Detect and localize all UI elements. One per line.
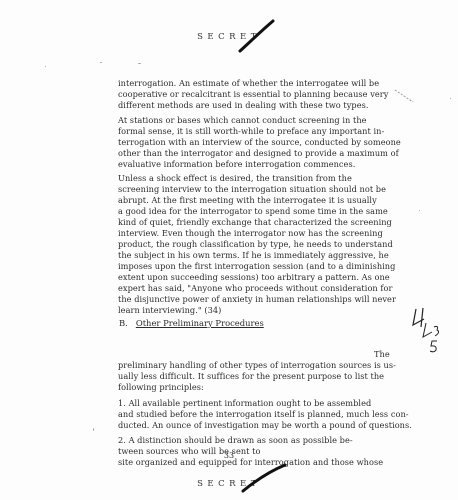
scan-smudge <box>393 88 415 104</box>
text-line: imposes upon the first interrogation ses… <box>118 261 395 272</box>
text-line: preliminary handling of other types of i… <box>118 360 396 371</box>
section-heading: B.Other Preliminary Procedures <box>119 318 264 328</box>
text-line: ually less difficult. It suffices for th… <box>118 371 384 382</box>
scan-speck <box>100 62 102 63</box>
text-line: a good idea for the interrogator to spen… <box>118 206 388 217</box>
text-line: interrogation. An estimate of whether th… <box>118 78 379 89</box>
scan-speck <box>419 210 420 211</box>
text-line: formal sense, it is still worth-while to… <box>118 126 384 137</box>
text-line: screening interview to the interrogation… <box>118 184 386 195</box>
pen-strike-mark <box>236 18 276 54</box>
text-line: the subject in his own terms. If he is i… <box>118 250 389 261</box>
text-line: and studied before the interrogation its… <box>118 409 409 420</box>
text-line: learn interviewing." (34) <box>118 305 221 316</box>
section-title: Other Preliminary Procedures <box>136 318 264 328</box>
text-line: interview. Even though the interrogator … <box>118 228 383 239</box>
lead-word: The <box>374 349 390 360</box>
text-line: product, the rough classification by typ… <box>118 239 393 250</box>
text-line: extent upon succeeding sessions) too arb… <box>118 272 390 283</box>
text-line: At stations or bases which cannot conduc… <box>118 115 367 126</box>
text-line: terrogation with an interview of the sou… <box>118 137 401 148</box>
text-line: Unless a shock effect is desired, the tr… <box>118 173 352 184</box>
text-line: different methods are used in dealing wi… <box>118 100 369 111</box>
text-line: 1. All available pertinent information o… <box>118 398 371 409</box>
text-line: kind of quiet, friendly exchange that ch… <box>118 217 392 228</box>
text-line: following principles: <box>118 382 204 393</box>
page-number: 33 <box>0 451 458 460</box>
text-line: other than the interrogator and designed… <box>118 148 399 159</box>
text-line: the disjunctive power of anxiety in huma… <box>118 294 396 305</box>
scan-speck <box>93 428 94 431</box>
scan-speck <box>45 66 46 67</box>
text-line: abrupt. At the first meeting with the in… <box>118 195 377 206</box>
scan-speck <box>450 98 451 99</box>
document-page: SECRET interrogation. An estimate of whe… <box>0 0 458 500</box>
text-line: ducted. An ounce of investigation may be… <box>118 420 412 431</box>
text-line: cooperative or recalcitrant is essential… <box>118 89 388 100</box>
handwritten-note <box>410 305 450 355</box>
section-letter: B. <box>119 318 128 328</box>
classification-footer: SECRET <box>0 479 458 489</box>
text-line: expert has said, "Anyone who proceeds wi… <box>118 283 392 294</box>
scan-speck <box>138 63 141 64</box>
pen-strike-mark <box>240 462 288 494</box>
text-line: evaluative information before interrogat… <box>118 159 355 170</box>
text-line: 2. A distinction should be drawn as soon… <box>118 435 353 446</box>
classification-header: SECRET <box>0 32 458 42</box>
